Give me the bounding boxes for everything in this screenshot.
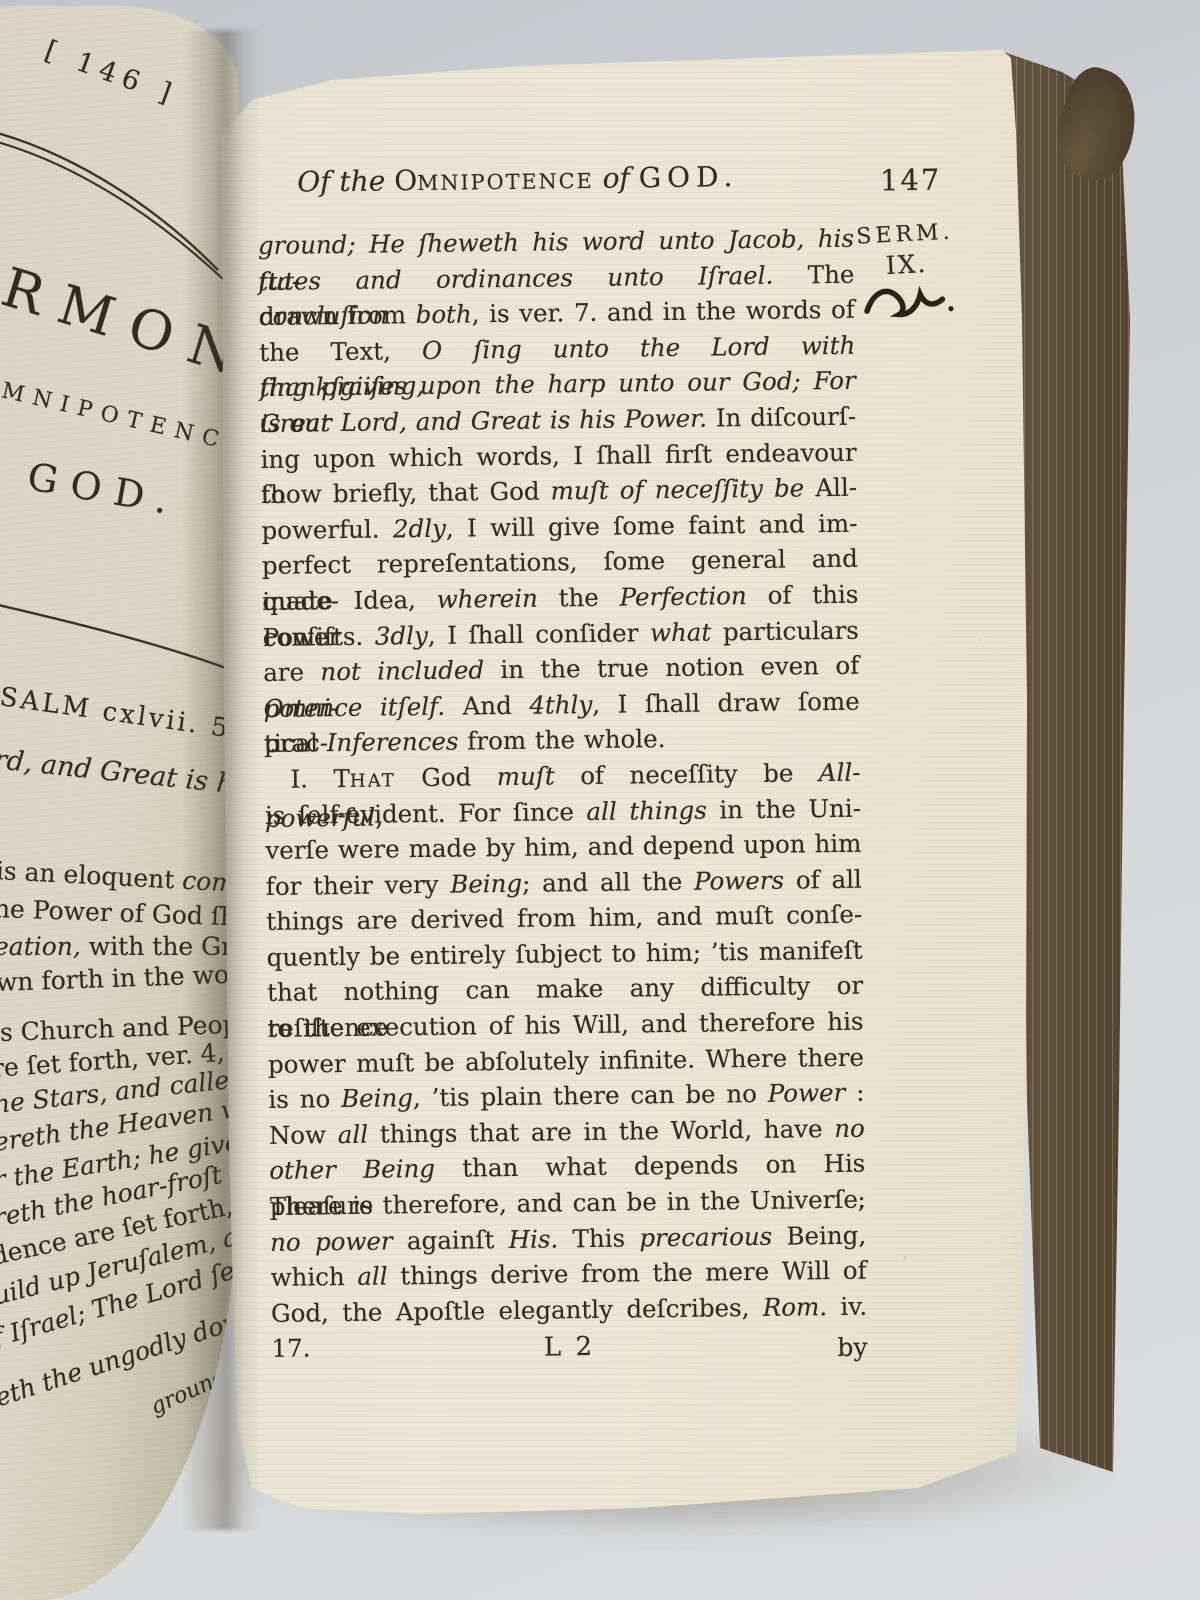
text-segment: the Text, bbox=[259, 336, 422, 367]
page-number: 147 bbox=[880, 162, 942, 197]
text-segment: [ 146 ] bbox=[41, 35, 182, 112]
text-segment: from the whole. bbox=[458, 724, 665, 756]
text-segment: tical bbox=[264, 728, 327, 758]
text-segment: is ſelf-evident. For ſince bbox=[265, 797, 587, 830]
text-segment: both bbox=[415, 300, 471, 330]
text-segment: His. bbox=[508, 1224, 558, 1254]
text-segment: in the true notion even of bbox=[484, 651, 859, 685]
text-segment: is our Lord, and Great is his Power. bbox=[260, 403, 707, 437]
text-segment: Being, bbox=[772, 1220, 866, 1250]
text-segment: which bbox=[270, 1262, 357, 1292]
text-segment: 4thly bbox=[529, 690, 592, 720]
text-segment: , I will give ſome faint and im- bbox=[446, 508, 858, 542]
text-segment: no bbox=[834, 1113, 865, 1142]
text-segment: power muſt be abſolutely infinite. Where… bbox=[268, 1042, 864, 1078]
text-segment: Of the bbox=[297, 164, 394, 198]
text-segment: Power bbox=[768, 1078, 846, 1108]
text-segment: the bbox=[538, 583, 620, 613]
text-segment: , ’tis plain there can be no bbox=[413, 1079, 768, 1112]
text-segment: of all bbox=[784, 864, 862, 894]
text-segment: precarious bbox=[639, 1221, 772, 1252]
text-segment: muſt of neceſſity be bbox=[551, 473, 805, 505]
text-segment: , is ver. 7. and in the words of bbox=[472, 295, 855, 329]
text-segment: other Being bbox=[269, 1154, 435, 1185]
margin-note-sermon: SERM. IX. bbox=[843, 219, 970, 326]
text-segment: things are derived from him, and muſt co… bbox=[266, 900, 862, 936]
text-segment: Inferences bbox=[327, 727, 459, 758]
text-segment: MNIPOTENCE bbox=[417, 169, 594, 195]
text-segment: In diſcourſ- bbox=[707, 402, 857, 433]
text-segment: GOD. bbox=[24, 454, 184, 524]
text-segment: of neceſſity be bbox=[555, 758, 819, 790]
text-line: God, the Apoſtle elegantly deſcribes, Ro… bbox=[271, 1288, 867, 1331]
body-text: ground; He ſheweth his word unto Jacob, … bbox=[258, 221, 867, 1332]
text-segment: in the Uni- bbox=[707, 793, 861, 824]
text-segment: ſhow briefly, that God bbox=[261, 477, 551, 510]
text-segment: 2dly bbox=[393, 513, 446, 543]
text-segment: I. T bbox=[290, 764, 350, 794]
text-segment: conſiſts. bbox=[263, 621, 375, 651]
text-segment: powerful. bbox=[261, 514, 393, 545]
text-segment: is no bbox=[268, 1084, 341, 1114]
text-segment: all things bbox=[586, 795, 707, 825]
text-segment: what bbox=[650, 617, 712, 647]
margin-note-serm: SERM. bbox=[843, 219, 966, 250]
text-segment: : bbox=[845, 1078, 864, 1107]
text-segment: drawn from bbox=[259, 300, 416, 331]
catchword: by bbox=[271, 1333, 867, 1369]
text-segment: And bbox=[445, 690, 530, 720]
text-segment: particulars bbox=[711, 615, 859, 646]
text-segment: for their very bbox=[266, 869, 451, 900]
text-segment: not included bbox=[320, 655, 484, 686]
text-segment: are bbox=[263, 657, 321, 687]
text-line: [ 146 ] bbox=[41, 35, 182, 112]
text-segment: Powers bbox=[694, 865, 784, 895]
text-segment: eation, bbox=[0, 932, 81, 961]
text-segment: 3dly bbox=[375, 620, 428, 650]
text-line: GOD. bbox=[24, 454, 184, 524]
text-segment: potence itſelf. bbox=[263, 691, 445, 722]
text-segment: HAT bbox=[350, 770, 396, 792]
running-title: Of the OMNIPOTENCE of GOD. bbox=[297, 160, 739, 198]
gutter-shadow bbox=[182, 30, 262, 1530]
text-segment: This bbox=[558, 1223, 640, 1253]
text-segment: is an eloquent bbox=[0, 856, 183, 895]
text-segment: O bbox=[394, 164, 417, 197]
text-segment: againſt bbox=[392, 1225, 508, 1255]
text-segment: of bbox=[593, 161, 638, 195]
text-segment: all bbox=[357, 1262, 388, 1291]
text-segment: things that are in the World, have bbox=[368, 1114, 835, 1149]
text-segment: , I ſhall conſider bbox=[428, 618, 651, 650]
text-segment: things derive from the mere Will of bbox=[387, 1256, 866, 1291]
text-segment: Being bbox=[450, 868, 522, 898]
text-segment: quate Idea, bbox=[262, 585, 437, 616]
text-segment: tutes and ordinances unto Iſrael. bbox=[258, 260, 773, 295]
text-segment: verſe were made by him, and depend upon … bbox=[265, 829, 861, 865]
text-segment: God bbox=[396, 762, 497, 792]
flourish-squiggle-icon bbox=[862, 279, 956, 326]
text-segment: Being bbox=[341, 1083, 413, 1113]
text-segment: The bbox=[773, 259, 854, 289]
text-segment: wherein bbox=[437, 584, 538, 614]
text-segment: quently be entirely ſubject to him; ’tis… bbox=[267, 936, 863, 972]
text-segment: ; and all the bbox=[522, 866, 694, 897]
text-segment: God, the Apoſtle elegantly deſcribes, bbox=[271, 1293, 763, 1328]
text-segment: to the execution of his Will, and theref… bbox=[267, 1007, 863, 1043]
text-segment: Now bbox=[269, 1120, 338, 1150]
text-segment: no power bbox=[270, 1226, 393, 1256]
text-segment: There is therefore, and can be in the Un… bbox=[270, 1185, 866, 1221]
text-segment: Perfection bbox=[619, 581, 746, 612]
text-segment: All- bbox=[804, 473, 857, 503]
text-segment: all bbox=[338, 1120, 369, 1149]
margin-note-ix: IX. bbox=[845, 247, 968, 282]
text-segment: Rom. bbox=[763, 1292, 828, 1322]
book-photo: [ 146 ]RMON IXMNIPOTENCE ofGOD.SALM cxlv… bbox=[0, 0, 1200, 1600]
text-segment: GOD. bbox=[638, 160, 738, 194]
text-segment: muſt bbox=[497, 761, 555, 791]
